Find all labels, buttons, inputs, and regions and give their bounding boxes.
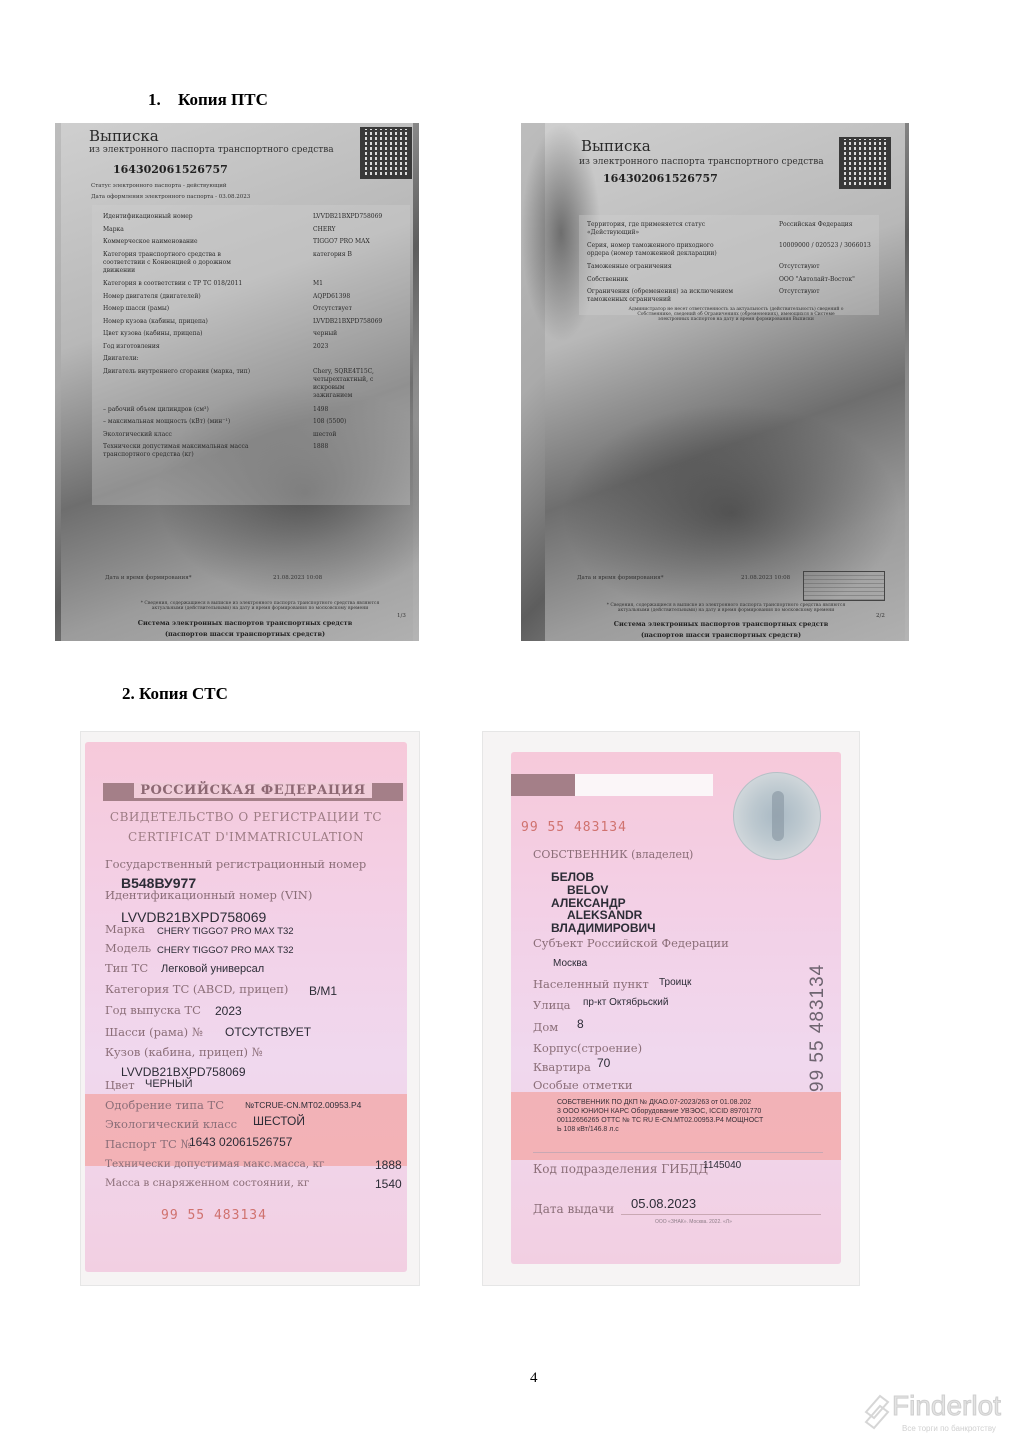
pts-row-label: Номер шасси (рамы) (103, 305, 169, 313)
pts-title: Выписка (581, 137, 651, 155)
pts-number: 164302061526757 (603, 172, 718, 185)
model-value: CHERY TIGGO7 PRO MAX T32 (157, 945, 294, 956)
section-number: 1. (148, 90, 178, 110)
pts-row-value: LVVDB21BXPD758069 (313, 318, 382, 326)
finderlot-logo-icon (862, 1392, 892, 1430)
pts-row-label: Территория, где применяется статус «Дейс… (587, 221, 705, 237)
pts-row-value: 1888 (313, 443, 328, 451)
flat-value: 70 (597, 1056, 610, 1070)
pts-row-label: Категория транспортного средства в соотв… (103, 251, 231, 275)
pts-row-value: Отсутствуют (779, 288, 820, 296)
pts-row-value: Российская Федерация (779, 221, 853, 229)
pts-page-indicator: 2/2 (876, 613, 885, 619)
divider (533, 1152, 823, 1153)
sts-front-card: РОССИЙСКАЯ ФЕДЕРАЦИЯ СВИДЕТЕЛЬСТВО О РЕГ… (85, 742, 407, 1272)
model-label: Модель (105, 941, 151, 955)
pts-row-label: Серия, номер таможенного приходного орде… (587, 242, 717, 258)
sts-serial: 99 55 483134 (521, 820, 627, 835)
pts-row-label: Номер двигателя (двигателей) (103, 293, 201, 301)
pts-row-value: 1498 (313, 406, 328, 414)
body-label: Кузов (кабина, прицеп) № (105, 1045, 263, 1059)
building-label: Корпус(строение) (533, 1041, 642, 1055)
pts-row-value: TIGGO7 PRO MAX (313, 238, 370, 246)
gibdd-code-label: Код подразделения ГИБДД (533, 1162, 708, 1176)
pts-row-label: Номер кузова (кабины, прицепа) (103, 318, 208, 326)
region-value: Москва (553, 958, 587, 969)
pts-row-value: 10009000 / 020523 / 3066013 (779, 242, 871, 250)
house-label: Дом (533, 1020, 558, 1034)
finderlot-watermark: Finderlot Все торги по банкротству (862, 1390, 1024, 1440)
redacted-box (575, 774, 713, 796)
pts-system-title: Система электронных паспортов транспортн… (95, 619, 395, 627)
owner-name-en: ALEKSANDR (567, 908, 642, 922)
vin-label: Идентификационный номер (VIN) (105, 888, 312, 902)
pts-subtitle: из электронного паспорта транспортного с… (89, 145, 334, 155)
pts-system-title: Система электронных паспортов транспортн… (571, 620, 871, 628)
owner-surname-en: BELOV (567, 883, 608, 897)
chassis-label: Шасси (рама) № (105, 1025, 203, 1039)
category-value: B/M1 (309, 984, 337, 998)
category-label: Категория ТС (ABCD, прицеп) (105, 982, 288, 996)
pts-row-label: Собственник (587, 276, 628, 284)
pts-row-label: Двигатель внутреннего сгорания (марка, т… (103, 368, 250, 376)
flat-label: Квартира (533, 1060, 591, 1074)
street-value: пр-кт Октябрьский (583, 997, 668, 1008)
issue-date-value: 05.08.2023 (631, 1196, 696, 1211)
pts-photo-page-1: Выписка из электронного паспорта транспо… (55, 123, 419, 641)
state-seal-icon (733, 772, 821, 860)
pts-footer-date-value: 21.08.2023 10:08 (273, 575, 322, 581)
pts-title: Выписка (89, 127, 159, 145)
year-label: Год выпуска ТС (105, 1003, 201, 1017)
pts-footnote: * Сведения, содержащиеся в выписке из эл… (581, 603, 871, 613)
section-title: Копия ПТС (178, 90, 268, 109)
pts-row-label: Марка (103, 226, 124, 234)
color-label: Цвет (105, 1078, 135, 1092)
pts-issue-date: Дата оформления электронного паспорта - … (91, 194, 250, 200)
page-number: 4 (530, 1370, 538, 1387)
section-title: Копия СТС (139, 684, 228, 703)
pts-row-value: AQPD61398 (313, 293, 350, 301)
max-mass-label: Технически допустимая макс.масса, кг (105, 1158, 325, 1170)
rf-header-band: РОССИЙСКАЯ ФЕДЕРАЦИЯ (103, 783, 403, 801)
vertical-serial: 99 55 483134 (807, 964, 829, 1092)
pts-system-subtitle: (паспортов шасси транспортных средств) (571, 631, 871, 639)
qr-code-icon (839, 137, 891, 189)
qr-code-icon (360, 127, 412, 179)
pts-row-value: черный (313, 330, 337, 338)
owner-patronymic: ВЛАДИМИРОВИЧ (551, 921, 656, 935)
pts-row-label: Категория в соответствии с ТР ТС 018/201… (103, 280, 242, 288)
pts-row-value: CHERY (313, 226, 336, 234)
pts-row-value: LVVDB21BXPD758069 (313, 213, 382, 221)
year-value: 2023 (215, 1004, 242, 1018)
pts-row-label: Двигатели: (103, 355, 139, 363)
sts-serial: 99 55 483134 (161, 1208, 267, 1223)
pts-row-label: Идентификационный номер (103, 213, 193, 221)
type-label: Тип ТС (105, 961, 148, 975)
pts-page-indicator: 1/3 (397, 613, 406, 619)
pts-row-label: Таможенные ограничения (587, 263, 672, 271)
max-mass-value: 1888 (375, 1158, 402, 1172)
region-label: Субъект Российской Федерации (533, 936, 729, 950)
pts-subtitle: из электронного паспорта транспортного с… (579, 157, 824, 167)
locality-value: Троицк (659, 977, 691, 988)
issue-date-label: Дата выдачи (533, 1202, 614, 1216)
sts-back-card: 99 55 483134 СОБСТВЕННИК (владелец) БЕЛО… (511, 752, 841, 1264)
chassis-value: ОТСУТСТВУЕТ (225, 1025, 311, 1039)
watermark-brand: Finderlot (892, 1390, 1001, 1422)
pts-row-value: M1 (313, 280, 323, 288)
curb-mass-label: Масса в снаряженном состоянии, кг (105, 1177, 309, 1189)
sts-title-ru: СВИДЕТЕЛЬСТВО О РЕГИСТРАЦИИ ТС (85, 810, 407, 824)
watermark-tagline: Все торги по банкротству (902, 1424, 996, 1433)
pts-row-label: – максимальная мощность (кВт) (мин⁻¹) (103, 418, 230, 426)
eco-class-value: ШЕСТОЙ (253, 1114, 305, 1128)
brand-value: CHERY TIGGO7 PRO MAX T32 (157, 926, 294, 937)
approval-label: Одобрение типа ТС (105, 1098, 224, 1112)
pts-row-value: ООО "Автолайт-Восток" (779, 276, 855, 284)
section-heading-pts: 1.Копия ПТС (148, 90, 268, 110)
pts-row-label: Год изготовления (103, 343, 160, 351)
section-number: 2. (122, 684, 135, 703)
approval-value: №TCRUE-CN.MT02.00953.P4 (245, 1100, 361, 1110)
eco-class-label: Экологический класс (105, 1117, 237, 1131)
pts-row-value: Chery, SQRE4T15C, четырехтактный, с искр… (313, 368, 374, 400)
gibdd-code-value: 1145040 (703, 1160, 741, 1171)
pts-footer-date-label: Дата и время формирования* (577, 575, 663, 581)
pts-row-label: Коммерческое наименование (103, 238, 198, 246)
pts-status: Статус электронного паспорта - действующ… (91, 183, 227, 189)
color-value: ЧЕРНЫЙ (145, 1078, 193, 1090)
rf-header-text: РОССИЙСКАЯ ФЕДЕРАЦИЯ (134, 783, 372, 798)
pts-row-label: Технически допустимая максимальная масса… (103, 443, 248, 459)
rf-header-band (511, 774, 575, 796)
electronic-signature-stamp (803, 571, 885, 601)
reg-number-label: Государственный регистрационный номер (105, 857, 366, 871)
pts-row-value: категория B (313, 251, 352, 259)
pts-number: 164302061526757 (113, 163, 228, 176)
pts-footer-date-label: Дата и время формирования* (105, 575, 191, 581)
divider (621, 1214, 821, 1215)
pts-row-value: Отсутствуют (779, 263, 820, 271)
passport-label: Паспорт ТС № (105, 1137, 191, 1151)
owner-label: СОБСТВЕННИК (владелец) (533, 848, 693, 861)
pts-footer-date-value: 21.08.2023 10:08 (741, 575, 790, 581)
notes-label: Особые отметки (533, 1078, 633, 1092)
pts-row-value: 108 (5500) (313, 418, 346, 426)
body-value: LVVDB21BXPD758069 (121, 1065, 246, 1079)
notes-value: СОБСТВЕННИК ПО ДКП № ДКАО.07-2023/263 от… (557, 1098, 763, 1134)
curb-mass-value: 1540 (375, 1177, 402, 1191)
pts-footnote: * Сведения, содержащиеся в выписке из эл… (115, 601, 405, 611)
pts-row-value: 2023 (313, 343, 328, 351)
section-heading-sts: 2. Копия СТС (122, 684, 228, 704)
type-value: Легковой универсал (161, 963, 264, 975)
pts-row-label: Цвет кузова (кабины, прицепа) (103, 330, 202, 338)
street-label: Улица (533, 998, 571, 1012)
pts-row-value: шестой (313, 431, 336, 439)
owner-surname-ru: БЕЛОВ (551, 870, 594, 884)
brand-label: Марка (105, 922, 145, 936)
pts-row-label: – рабочий объем цилиндров (см³) (103, 406, 209, 414)
passport-value: 1643 02061526757 (189, 1135, 292, 1149)
sts-front-photo: РОССИЙСКАЯ ФЕДЕРАЦИЯ СВИДЕТЕЛЬСТВО О РЕГ… (80, 731, 420, 1286)
sts-back-photo: 99 55 483134 СОБСТВЕННИК (владелец) БЕЛО… (482, 731, 860, 1286)
pts-photo-page-2: Выписка из электронного паспорта транспо… (521, 123, 909, 641)
sts-title-fr: CERTIFICAT D'IMMATRICULATION (85, 830, 407, 844)
printer-imprint: ООО «ЗНАК». Москва. 2022. «Л» (655, 1218, 732, 1227)
pts-disclaimer: Администратор не несет ответственность з… (601, 307, 871, 322)
pts-row-label: Ограничения (обременения) за исключением… (587, 288, 733, 304)
pts-row-value: Отсутствует (313, 305, 352, 313)
locality-label: Населенный пункт (533, 977, 649, 991)
house-value: 8 (577, 1017, 584, 1031)
pts-system-subtitle: (паспортов шасси транспортных средств) (95, 630, 395, 638)
pts-row-label: Экологический класс (103, 431, 172, 439)
